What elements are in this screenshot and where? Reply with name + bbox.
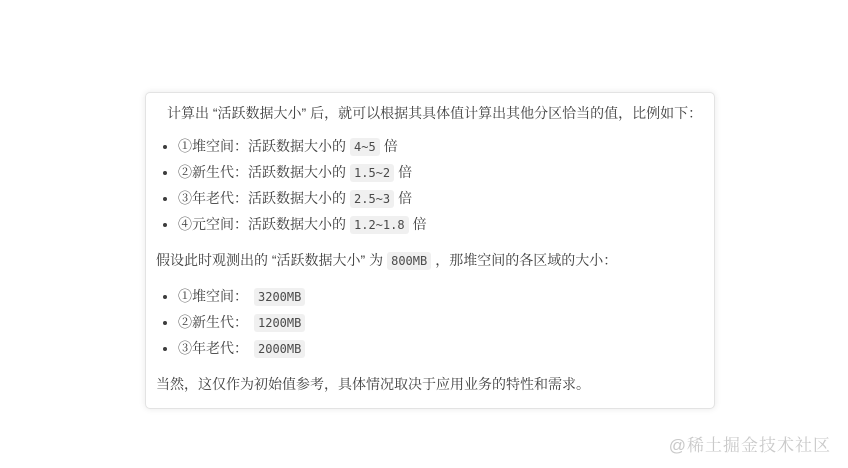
quote-card: 计算出 “活跃数据大小” 后，就可以根据其具体值计算出其他分区恰当的值，比例如下… bbox=[145, 92, 715, 409]
inline-code: 2000MB bbox=[254, 340, 305, 358]
assumption-prefix: 假设此时观测出的 “活跃数据大小” 为 bbox=[156, 252, 383, 268]
assumption-suffix: ，那堆空间的各区域的大小： bbox=[435, 252, 617, 268]
watermark: @稀土掘金技术社区 bbox=[669, 431, 831, 456]
list-item: ③年老代：2000MB bbox=[178, 336, 704, 362]
list-item-label: ①堆空间： bbox=[178, 288, 248, 304]
list-item-suffix: 倍 bbox=[413, 216, 427, 232]
list-item-label: ①堆空间：活跃数据大小的 bbox=[178, 138, 346, 154]
list-item: ④元空间：活跃数据大小的1.2~1.8倍 bbox=[178, 212, 704, 238]
footer-paragraph: 当然，这仅作为初始值参考，具体情况取决于应用业务的特性和需求。 bbox=[156, 373, 704, 395]
list-item: ②新生代：1200MB bbox=[178, 310, 704, 336]
inline-code: 3200MB bbox=[254, 288, 305, 306]
list-item-label: ③年老代： bbox=[178, 340, 248, 356]
inline-code: 800MB bbox=[387, 252, 431, 270]
intro-paragraph: 计算出 “活跃数据大小” 后，就可以根据其具体值计算出其他分区恰当的值，比例如下… bbox=[156, 102, 704, 124]
list-item-label: ②新生代： bbox=[178, 314, 248, 330]
inline-code: 1.2~1.8 bbox=[350, 216, 409, 234]
list-item-suffix: 倍 bbox=[384, 138, 398, 154]
inline-code: 1200MB bbox=[254, 314, 305, 332]
ratio-list: ①堆空间：活跃数据大小的4~5倍 ②新生代：活跃数据大小的1.5~2倍 ③年老代… bbox=[156, 134, 704, 238]
inline-code: 1.5~2 bbox=[350, 164, 394, 182]
list-item-label: ②新生代：活跃数据大小的 bbox=[178, 164, 346, 180]
list-item-suffix: 倍 bbox=[398, 164, 412, 180]
list-item: ②新生代：活跃数据大小的1.5~2倍 bbox=[178, 160, 704, 186]
list-item: ①堆空间：3200MB bbox=[178, 284, 704, 310]
inline-code: 2.5~3 bbox=[350, 190, 394, 208]
list-item: ③年老代：活跃数据大小的2.5~3倍 bbox=[178, 186, 704, 212]
list-item-suffix: 倍 bbox=[398, 190, 412, 206]
inline-code: 4~5 bbox=[350, 138, 380, 156]
size-list: ①堆空间：3200MB ②新生代：1200MB ③年老代：2000MB bbox=[156, 284, 704, 362]
list-item-label: ④元空间：活跃数据大小的 bbox=[178, 216, 346, 232]
list-item-label: ③年老代：活跃数据大小的 bbox=[178, 190, 346, 206]
list-item: ①堆空间：活跃数据大小的4~5倍 bbox=[178, 134, 704, 160]
assumption-paragraph: 假设此时观测出的 “活跃数据大小” 为800MB，那堆空间的各区域的大小： bbox=[156, 249, 704, 272]
